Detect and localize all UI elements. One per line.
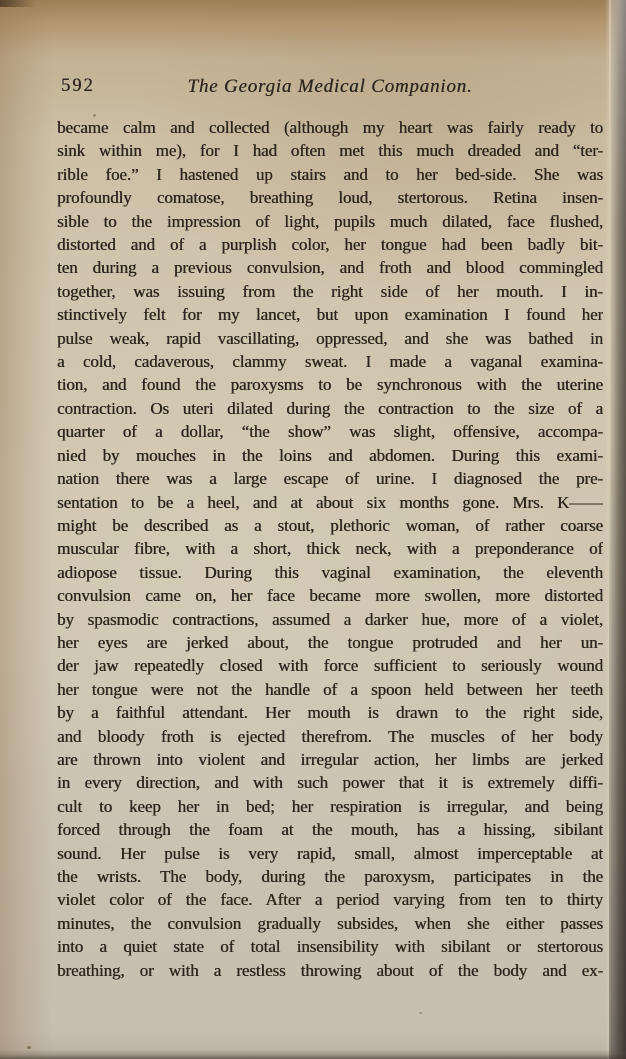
- text-line: her eyes are jerked about, the tongue pr…: [57, 631, 603, 654]
- text-line: in every direction, and with such power …: [57, 771, 603, 794]
- text-line: by spasmodic contractions, assumed a dar…: [57, 608, 603, 631]
- running-header: 592 The Georgia Medical Companion.: [57, 76, 603, 102]
- text-line: by a faithful attendant. Her mouth is dr…: [57, 701, 603, 724]
- text-line: nied by mouches in the loins and abdomen…: [57, 444, 603, 467]
- text-line: minutes, the convulsion gradually subsid…: [57, 912, 603, 935]
- text-line: pulse weak, rapid vascillating, oppresse…: [57, 327, 603, 350]
- text-line: convulsion came on, her face became more…: [57, 584, 603, 607]
- text-line: quarter of a dollar, “the show” was slig…: [57, 420, 603, 443]
- text-line: together, was issuing from the right sid…: [57, 280, 603, 303]
- text-line: into a quiet state of total insensibilit…: [57, 935, 603, 958]
- text-line: distorted and of a purplish color, her t…: [57, 233, 603, 256]
- text-line: breathing, or with a restless throwing a…: [57, 959, 603, 982]
- page-number: 592: [61, 76, 95, 97]
- text-line: became calm and collected (although my h…: [57, 116, 603, 139]
- text-line: stinctively felt for my lancet, but upon…: [57, 303, 603, 326]
- scan-corner-mark: [0, 0, 40, 7]
- text-line: contraction. Os uteri dilated during the…: [57, 397, 603, 420]
- paper-speck: [419, 1012, 422, 1014]
- page-edge-shadow: [609, 0, 626, 1059]
- page-body-text: became calm and collected (although my h…: [57, 116, 603, 982]
- text-line: profoundly comatose, breathing loud, ste…: [57, 186, 603, 209]
- text-line: might be described as a stout, plethoric…: [57, 514, 603, 537]
- text-line: nation there was a large escape of urine…: [57, 467, 603, 490]
- scanned-book-page: 592 The Georgia Medical Companion. becam…: [0, 0, 626, 1059]
- text-line: tion, and found the paroxysms to be sync…: [57, 373, 603, 396]
- text-line: the wrists. The body, during the paroxys…: [57, 865, 603, 888]
- text-line: adiopose tissue. During this vaginal exa…: [57, 561, 603, 584]
- text-line: a cold, cadaverous, clammy sweat. I made…: [57, 350, 603, 373]
- text-line: sound. Her pulse is very rapid, small, a…: [57, 842, 603, 865]
- text-line: her tongue were not the handle of a spoo…: [57, 678, 603, 701]
- text-line: cult to keep her in bed; her respiration…: [57, 795, 603, 818]
- bottom-edge-shadow: [0, 1049, 626, 1059]
- text-line: ten during a previous convulsion, and fr…: [57, 256, 603, 279]
- text-line: rible foe.” I hastened up stairs and to …: [57, 163, 603, 186]
- text-line: and bloody froth is ejected therefrom. T…: [57, 725, 603, 748]
- text-line: sentation to be a heel, and at about six…: [57, 491, 603, 514]
- text-line: sink within me), for I had often met thi…: [57, 139, 603, 162]
- text-line: muscular fibre, with a short, thick neck…: [57, 537, 603, 560]
- text-line: violet color of the face. After a period…: [57, 888, 603, 911]
- text-line: are thrown into violent and irregular ac…: [57, 748, 603, 771]
- running-title: The Georgia Medical Companion.: [57, 76, 603, 98]
- text-line: forced through the foam at the mouth, ha…: [57, 818, 603, 841]
- paper-speck: [27, 1046, 31, 1049]
- text-line: der jaw repeatedly closed with force suf…: [57, 654, 603, 677]
- text-line: sible to the impression of light, pupils…: [57, 210, 603, 233]
